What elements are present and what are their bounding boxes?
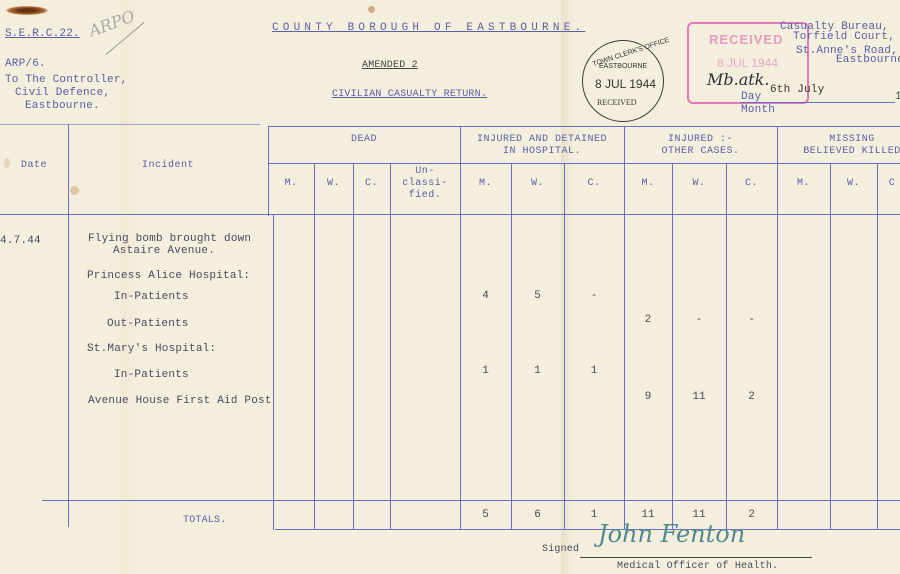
totals-top-border <box>42 500 900 501</box>
cell-hosp-women: 1 <box>511 365 564 377</box>
cell-other-children: - <box>726 314 777 326</box>
cell-hosp-children: 1 <box>564 365 624 377</box>
total-hosp-women: 6 <box>511 509 564 521</box>
sender-address-line-4: Eastbourne <box>836 54 900 66</box>
col-divider <box>353 163 354 530</box>
incident-line: Astaire Avenue. <box>113 245 215 257</box>
col-divider <box>390 163 391 530</box>
header-date: Date <box>0 160 68 172</box>
incident-line: In-Patients <box>114 369 189 381</box>
signature: John Fenton <box>598 520 745 548</box>
report-date: 6th July <box>770 84 824 96</box>
cell-other-men: 2 <box>624 314 672 326</box>
header-hosp-men: M. <box>460 178 511 190</box>
header-missing-men: M. <box>777 178 830 190</box>
totals-label: TOTALS. <box>183 515 226 526</box>
date-underline <box>740 102 895 103</box>
header-missing-women: W. <box>830 178 877 190</box>
col-divider <box>68 124 69 527</box>
cell-hosp-men: 4 <box>460 290 511 302</box>
cell-other-women: - <box>672 314 726 326</box>
stain-spot <box>368 6 375 13</box>
header-missing-children: C <box>877 178 900 190</box>
cell-hosp-children: - <box>564 290 624 302</box>
col-divider <box>511 163 512 530</box>
header-group-missing: MISSING BELIEVED KILLED <box>777 134 900 158</box>
cell-hosp-men: 1 <box>460 365 511 377</box>
header-incident: Incident <box>68 160 268 172</box>
col-divider <box>830 163 831 530</box>
cell-other-men: 9 <box>624 391 672 403</box>
header-dead-men: M. <box>268 178 314 190</box>
month-label: Month <box>741 104 775 116</box>
stamp-place: EASTBOURNE <box>599 63 647 70</box>
received-label: RECEIVED <box>709 32 783 47</box>
col-divider <box>726 163 727 530</box>
cell-other-women: 11 <box>672 391 726 403</box>
header-dead-women: W. <box>314 178 353 190</box>
incident-line: Out-Patients <box>107 318 189 330</box>
reference-number: ARP/6. <box>5 58 46 70</box>
group-header-divider <box>268 163 900 164</box>
total-hosp-men: 5 <box>460 509 511 521</box>
signed-label: Signed <box>542 544 579 555</box>
amended-label: AMENDED 2 <box>362 60 418 71</box>
stain-spot <box>70 186 79 195</box>
header-other-men: M. <box>624 178 672 190</box>
col-divider <box>564 163 565 530</box>
cell-hosp-women: 5 <box>511 290 564 302</box>
incident-line: Avenue House First Aid Post <box>88 395 272 407</box>
header-dead-unclassified: Un- classi- fied. <box>390 166 460 202</box>
col-divider <box>672 163 673 530</box>
signatory-role: Medical Officer of Health. <box>617 561 778 572</box>
col-divider <box>314 163 315 530</box>
col-divider <box>877 163 878 530</box>
form-reference: S.E.R.C.22. <box>5 28 80 40</box>
incident-line: Princess Alice Hospital: <box>87 270 250 282</box>
sender-address-line-2: Torfield Court, <box>793 32 895 43</box>
town-clerk-stamp: TOWN CLERK'S OFFICE EASTBOURNE 8 JUL 194… <box>582 40 664 122</box>
header-group-injured-hospital: INJURED AND DETAINED IN HOSPITAL. <box>460 134 624 158</box>
document-title: COUNTY BOROUGH OF EASTBOURNE. <box>272 22 585 34</box>
incident-line: In-Patients <box>114 291 189 303</box>
received-initials: Mb.atk. <box>707 70 769 89</box>
table-top-border <box>0 124 260 125</box>
year-fragment: 1 <box>895 91 900 103</box>
addressee-line-3: Eastbourne. <box>25 100 100 112</box>
received-date: 8 JUL 1944 <box>717 56 778 70</box>
header-dead-children: C. <box>353 178 390 190</box>
header-hosp-children: C. <box>564 178 624 190</box>
header-group-dead: DEAD <box>268 134 460 146</box>
table-top-border <box>268 126 900 127</box>
col-divider <box>273 214 274 530</box>
header-group-injured-other: INJURED :- OTHER CASES. <box>624 134 777 158</box>
addressee-line-1: To The Controller, <box>5 74 127 86</box>
incident-line: St.Mary's Hospital: <box>87 343 216 355</box>
header-other-children: C. <box>726 178 777 190</box>
header-hosp-women: W. <box>511 178 564 190</box>
addressee-line-2: Civil Defence, <box>15 87 110 99</box>
header-bottom-border <box>0 214 900 215</box>
signature-line <box>580 557 812 558</box>
cell-other-children: 2 <box>726 391 777 403</box>
header-other-women: W. <box>672 178 726 190</box>
stamp-date: 8 JUL 1944 <box>595 77 656 91</box>
document-subtitle: CIVILIAN CASUALTY RETURN. <box>332 89 487 100</box>
burn-mark <box>6 6 48 15</box>
stamp-status: RECEIVED <box>597 98 637 107</box>
totals-bottom-border <box>275 529 900 530</box>
incident-date: 4.7.44 <box>0 235 41 247</box>
incident-line: Flying bomb brought down <box>88 233 251 245</box>
